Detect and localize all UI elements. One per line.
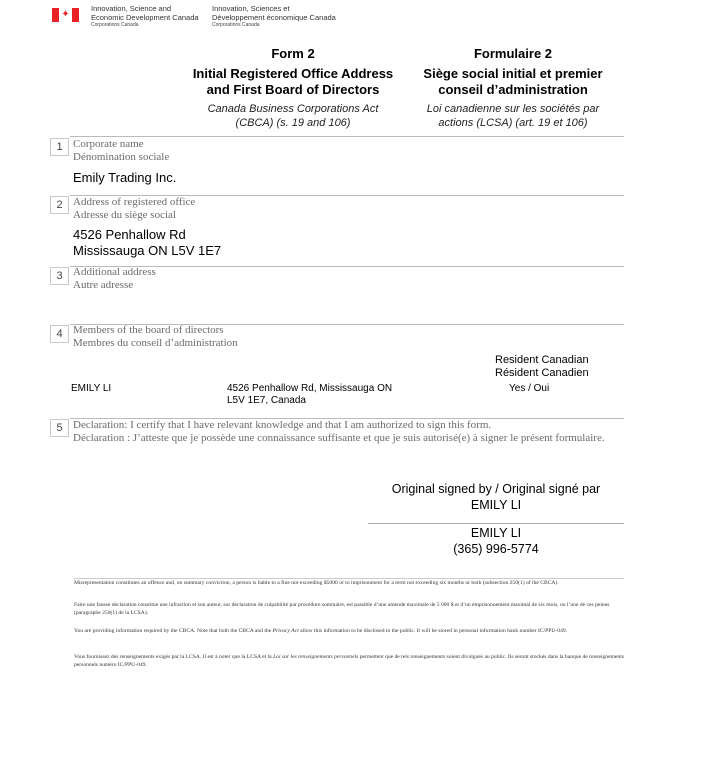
form-title-en: Form 2 Initial Registered Office Address… — [180, 46, 406, 130]
canada-flag-icon: ✦ — [52, 8, 79, 22]
registered-office-value: 4526 Penhallow Rd Mississauga ON L5V 1E7 — [73, 227, 221, 259]
corporate-name-label: Corporate name Dénomination sociale — [73, 138, 169, 164]
section-number: 1 — [50, 138, 69, 156]
signer-info: EMILY LI (365) 996-5774 — [368, 525, 624, 557]
board-of-directors-label: Members of the board of directors Membre… — [73, 324, 238, 350]
form-title-fr: Formulaire 2 Siège social initial et pre… — [400, 46, 626, 130]
director-name: EMILY LI — [71, 383, 111, 395]
form-number-fr: Formulaire 2 — [400, 46, 626, 62]
signature-block: Original signed by / Original signé par … — [368, 481, 624, 513]
resident-canadian-header: Resident Canadian Résident Canadien — [495, 354, 589, 380]
fine-print-misrepresentation-fr: Faire une fausse déclaration constitue u… — [74, 601, 624, 617]
section-number: 4 — [50, 325, 69, 343]
section-number: 2 — [50, 196, 69, 214]
additional-address-label: Additional address Autre adresse — [73, 266, 156, 292]
section-number: 5 — [50, 419, 69, 437]
signed-by-name: EMILY LI — [368, 497, 624, 513]
fine-print-misrepresentation-en: Misrepresentation constitutes an offence… — [74, 579, 624, 587]
signature-line — [368, 523, 624, 524]
department-name-en: Innovation, Science and Economic Develop… — [91, 5, 199, 29]
form-number-en: Form 2 — [180, 46, 406, 62]
declaration-text: Declaration: I certify that I have relev… — [73, 419, 613, 445]
corporate-name-value: Emily Trading Inc. — [73, 170, 176, 186]
registered-office-label: Address of registered office Adresse du … — [73, 196, 195, 222]
signed-by-label: Original signed by / Original signé par — [368, 481, 624, 497]
director-resident-status: Yes / Oui — [509, 383, 549, 395]
signer-name: EMILY LI — [368, 525, 624, 541]
director-address: 4526 Penhallow Rd, Mississauga ON L5V 1E… — [227, 383, 392, 407]
fine-print-privacy-fr: Vous fournissez des renseignements exigé… — [74, 653, 624, 669]
divider — [70, 136, 624, 137]
signer-phone: (365) 996-5774 — [368, 541, 624, 557]
section-number: 3 — [50, 267, 69, 285]
fine-print-privacy-en: You are providing information required b… — [74, 627, 624, 635]
department-name-fr: Innovation, Sciences et Développement éc… — [212, 5, 336, 29]
